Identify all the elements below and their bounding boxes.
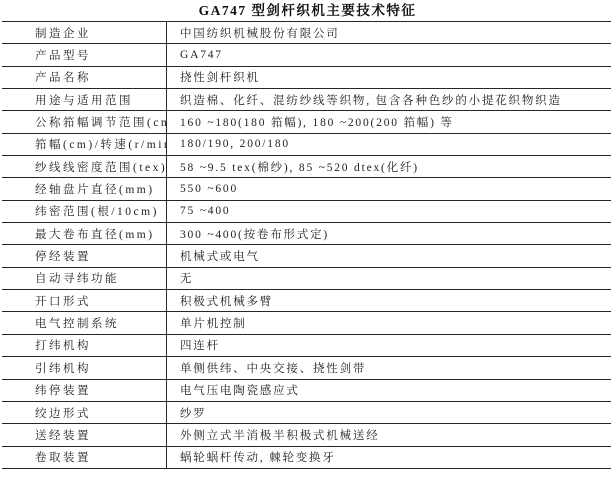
row-label: 停经装置 [2,245,167,266]
table-row: 停经装置机械式或电气 [2,245,611,267]
row-value: 外侧立式半消极半积极式机械送经 [167,427,611,443]
row-value: 蜗轮蜗杆传动, 棘轮变换牙 [167,449,611,465]
row-value: 180/190, 200/180 [167,138,611,150]
row-label: 最大卷布直径(mm) [2,223,167,244]
row-label: 电气控制系统 [2,312,167,333]
row-label: 卷取装置 [2,447,167,468]
row-value: GA747 [167,49,611,61]
row-label: 产品型号 [2,44,167,65]
row-value: 单片机控制 [167,315,611,331]
row-label: 筘幅(cm)/转速(r/min) [2,134,167,155]
row-label: 绞边形式 [2,402,167,423]
table-row: 经轴盘片直径(mm)550 ~600 [2,178,611,200]
row-label: 经轴盘片直径(mm) [2,178,167,199]
row-label: 纬停装置 [2,380,167,401]
row-label: 公称筘幅调节范围(cm) [2,111,167,132]
row-label: 开口形式 [2,290,167,311]
table-row: 产品名称挠性剑杆织机 [2,67,611,89]
row-value: 无 [167,270,611,286]
row-value: 机械式或电气 [167,248,611,264]
row-value: 纱罗 [167,405,611,421]
row-value: 58 ~9.5 tex(棉纱), 85 ~520 dtex(化纤) [167,159,611,175]
table-row: 产品型号GA747 [2,44,611,66]
row-value: 75 ~400 [167,205,611,217]
row-value: 550 ~600 [167,183,611,195]
row-value: 四连杆 [167,337,611,353]
table-row: 制造企业中国纺织机械股份有限公司 [2,22,611,44]
row-label: 打纬机构 [2,335,167,356]
table-row: 纬停装置电气压电陶瓷感应式 [2,380,611,402]
table-row: 纱线线密度范围(tex)58 ~9.5 tex(棉纱), 85 ~520 dte… [2,156,611,178]
row-value: 160 ~180(180 筘幅), 180 ~200(200 筘幅) 等 [167,114,611,130]
row-value: 积极式机械多臂 [167,293,611,309]
row-label: 引纬机构 [2,357,167,378]
row-label: 纱线线密度范围(tex) [2,156,167,177]
row-value: 挠性剑杆织机 [167,69,611,85]
row-label: 用途与适用范围 [2,89,167,110]
table-row: 卷取装置蜗轮蜗杆传动, 棘轮变换牙 [2,447,611,469]
table-row: 绞边形式纱罗 [2,402,611,424]
row-label: 产品名称 [2,67,167,88]
row-label: 送经装置 [2,424,167,445]
row-label: 制造企业 [2,22,167,43]
page-title: GA747 型剑杆织机主要技术特征 [0,0,615,21]
table-row: 打纬机构四连杆 [2,335,611,357]
table-row: 送经装置外侧立式半消极半积极式机械送经 [2,424,611,446]
row-label: 自动寻纬功能 [2,268,167,289]
spec-table: 制造企业中国纺织机械股份有限公司产品型号GA747产品名称挠性剑杆织机用途与适用… [2,21,611,469]
table-row: 筘幅(cm)/转速(r/min)180/190, 200/180 [2,134,611,156]
row-value: 电气压电陶瓷感应式 [167,382,611,398]
document-page: GA747 型剑杆织机主要技术特征 制造企业中国纺织机械股份有限公司产品型号GA… [0,0,615,477]
row-value: 中国纺织机械股份有限公司 [167,25,611,41]
table-row: 用途与适用范围织造棉、化纤、混纺纱线等织物, 包含各种色纱的小提花织物织造 [2,89,611,111]
table-row: 最大卷布直径(mm)300 ~400(按卷布形式定) [2,223,611,245]
table-row: 纬密范围(根/10cm)75 ~400 [2,201,611,223]
row-value: 单侧供纬、中央交接、挠性剑带 [167,360,611,376]
table-row: 电气控制系统单片机控制 [2,312,611,334]
row-label: 纬密范围(根/10cm) [2,201,167,222]
row-value: 300 ~400(按卷布形式定) [167,226,611,242]
table-row: 自动寻纬功能无 [2,268,611,290]
table-row: 公称筘幅调节范围(cm)160 ~180(180 筘幅), 180 ~200(2… [2,111,611,133]
row-value: 织造棉、化纤、混纺纱线等织物, 包含各种色纱的小提花织物织造 [167,92,611,108]
table-row: 引纬机构单侧供纬、中央交接、挠性剑带 [2,357,611,379]
table-row: 开口形式积极式机械多臂 [2,290,611,312]
